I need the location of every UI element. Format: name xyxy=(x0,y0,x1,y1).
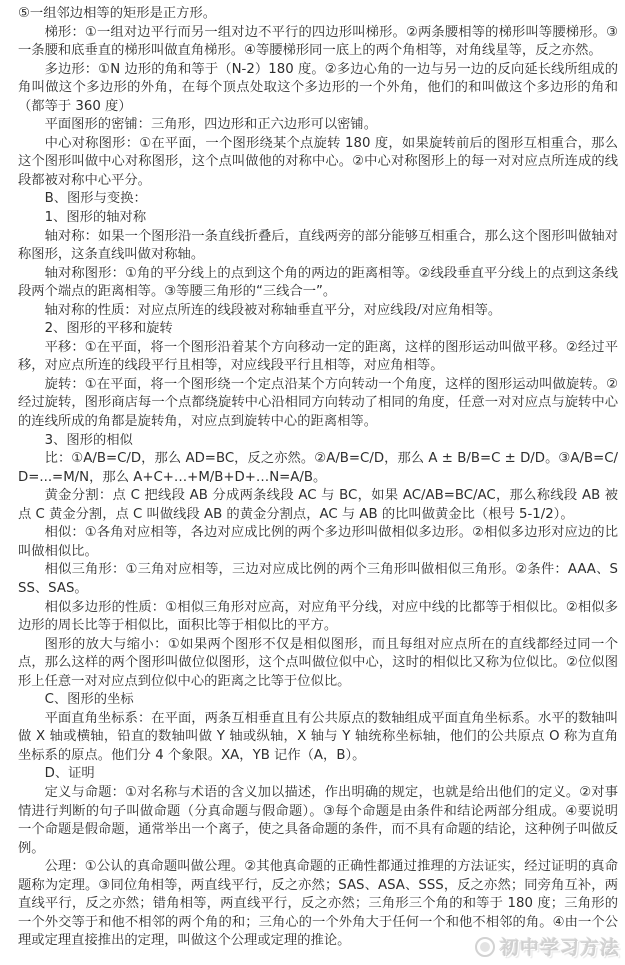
watermark: 初中学习方法 xyxy=(475,933,620,960)
paragraph: 平面图形的密铺：三角形，四边形和正六边形可以密铺。 xyxy=(18,116,618,135)
paragraph: 定义与命题：①对名称与术语的含义加以描述，作出明确的规定，也就是给出他们的定义。… xyxy=(18,784,618,858)
paragraph: 图形的放大与缩小：①如果两个图形不仅是相似图形，而且每组对应点所在的直线都经过同… xyxy=(18,636,618,692)
paragraph: 相似三角形：①三角对应相等，三边对应成比例的两个三角形叫做相似三角形。②条件：A… xyxy=(18,561,618,598)
paragraph: 中心对称图形：①在平面，一个图形绕某个点旋转 180 度，如果旋转前后的图形互相… xyxy=(18,135,618,191)
paragraph: 轴对称的性质：对应点所连的线段被对称轴垂直平分，对应线段/对应角相等。 xyxy=(18,302,618,321)
paragraph: 黄金分割：点 C 把线段 AB 分成两条线段 AC 与 BC，如果 AC/AB=… xyxy=(18,487,618,524)
paragraph: 3、图形的相似 xyxy=(18,432,618,451)
paragraph: B、图形与变换： xyxy=(18,190,618,209)
paragraph: 平移：①在平面，将一个图形沿着某个方向移动一定的距离，这样的图形运动叫做平移。②… xyxy=(18,339,618,376)
paragraph: 相似多边形的性质：①相似三角形对应高，对应角平分线，对应中线的比都等于相似比。②… xyxy=(18,599,618,636)
paragraph: C、图形的坐标 xyxy=(18,691,618,710)
paragraph: 相似：①各角对应相等，各边对应成比例的两个多边形叫做相似多边形。②相似多边形对应… xyxy=(18,524,618,561)
document-page: ⑤一组邻边相等的矩形是正方形。梯形：①一组对边平行而另一组对边不平行的四边形叫梯… xyxy=(0,0,625,965)
paragraph: 平面直角坐标系：在平面，两条互相垂直且有公共原点的数轴组成平面直角坐标系。水平的… xyxy=(18,710,618,766)
paragraph: 1、图形的轴对称 xyxy=(18,209,618,228)
paragraph: 2、图形的平移和旋转 xyxy=(18,320,618,339)
document-body: ⑤一组邻边相等的矩形是正方形。梯形：①一组对边平行而另一组对边不平行的四边形叫梯… xyxy=(0,0,625,951)
paragraph: 多边形：①N 边形的角和等于（N-2）180 度。②多边心角的一边与另一边的反向… xyxy=(18,61,618,117)
paragraph: 旋转：①在平面，将一个图形绕一个定点沿某个方向转动一个角度，这样的图形运动叫做旋… xyxy=(18,376,618,432)
circle-logo-icon xyxy=(475,937,495,957)
paragraph: D、证明 xyxy=(18,765,618,784)
paragraph: ⑤一组邻边相等的矩形是正方形。 xyxy=(18,5,618,24)
paragraph: 比：①A/B=C/D，那么 AD=BC，反之亦然。②A/B=C/D，那么 A ±… xyxy=(18,450,618,487)
paragraph: 轴对称图形：①角的平分线上的点到这个角的两边的距离相等。②线段垂直平分线上的点到… xyxy=(18,265,618,302)
watermark-text: 初中学习方法 xyxy=(500,933,620,960)
paragraph: 轴对称：如果一个图形沿一条直线折叠后，直线两旁的部分能够互相重合，那么这个图形叫… xyxy=(18,228,618,265)
paragraph: 梯形：①一组对边平行而另一组对边不平行的四边形叫梯形。②两条腰相等的梯形叫等腰梯… xyxy=(18,24,618,61)
